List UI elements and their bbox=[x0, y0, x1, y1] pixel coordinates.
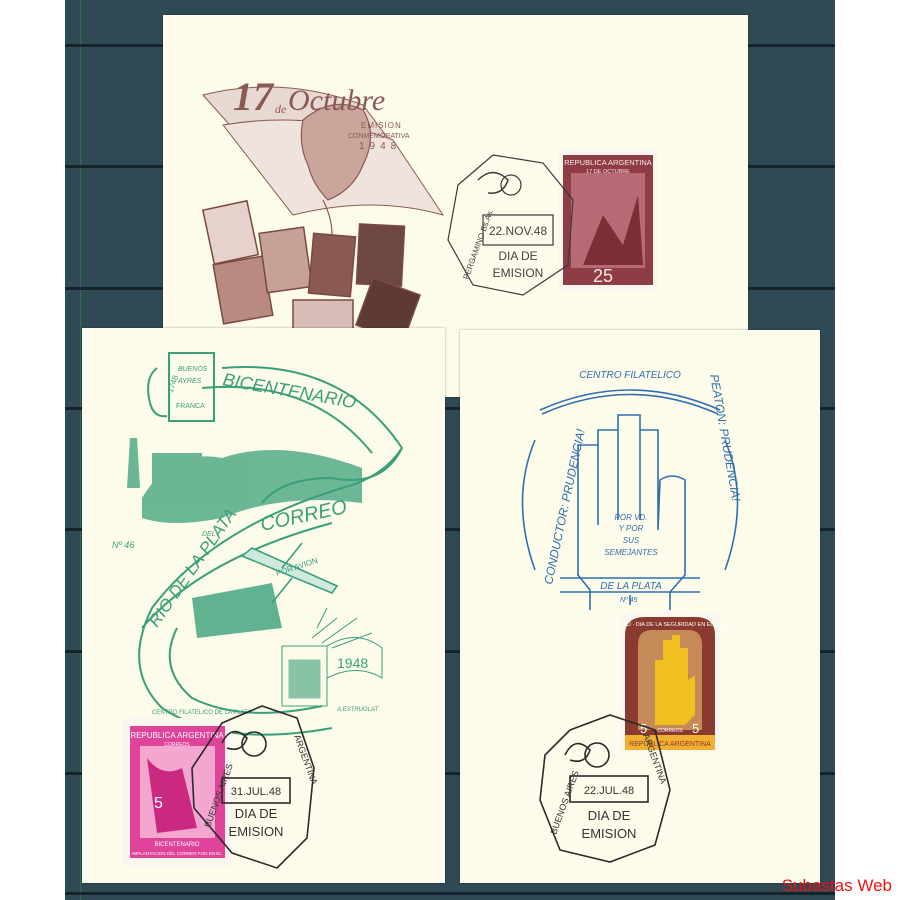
stamp-value: 5 bbox=[154, 795, 163, 812]
postmark-line-1: DIA DE bbox=[235, 806, 278, 821]
stamp-caption: 17 DE OCTUBRE bbox=[586, 169, 630, 175]
postmark-line-1: DIA DE bbox=[588, 808, 631, 823]
banner-bicentenario: BICENTENARIO bbox=[221, 369, 357, 412]
card-subtitle-1: EMISION bbox=[361, 121, 402, 130]
souvenir-card-bicentenario: 1748 BUENOS AYRES FRANCA BICENTENARIO DE… bbox=[82, 328, 445, 883]
card-subtitle-2: CONMEMORATIVA bbox=[348, 133, 410, 140]
seal-line-3: FRANCA bbox=[176, 403, 205, 410]
year-flag: 1948 bbox=[337, 655, 368, 671]
card-footer: DE LA PLATA bbox=[600, 581, 662, 592]
seal-line-1: BUENOS bbox=[178, 366, 208, 373]
right-arc-text: PEATON: PRUDENCIA! bbox=[707, 373, 743, 503]
postmark-line-2: EMISION bbox=[229, 824, 284, 839]
stamp-subtitle: CORREOS bbox=[657, 728, 683, 734]
stamp-country: REPUBLICA ARGENTINA bbox=[629, 741, 711, 748]
card-footer: CENTRO FILATELICO DE LA PLATA bbox=[152, 710, 251, 716]
stamp-value: 25 bbox=[593, 266, 613, 286]
stamp-5-centavos-seguridad: REPUBLICA ARGENTINA CORREOS 5 5 10 DE JU… bbox=[598, 612, 743, 752]
stamp-25-centavos: REPUBLICA ARGENTINA 17 DE OCTUBRE 25 bbox=[558, 150, 658, 290]
postmark-date: 22.JUL.48 bbox=[584, 785, 634, 797]
card-header: CENTRO FILATELICO bbox=[579, 370, 681, 381]
stamp-country: REPUBLICA ARGENTINA bbox=[130, 731, 224, 740]
seal-line-2: AYRES bbox=[177, 378, 202, 385]
postmark-date: 31.JUL.48 bbox=[231, 786, 281, 798]
postmark-line-1: DIA DE bbox=[498, 249, 537, 263]
page-guide-line bbox=[80, 0, 81, 900]
hand-text-3: SUS bbox=[623, 536, 640, 545]
souvenir-card-seguridad-transito: CENTRO FILATELICO CONDUCTOR: PRUDENCIA! … bbox=[460, 330, 820, 883]
stamp-country: REPUBLICA ARGENTINA bbox=[564, 158, 652, 167]
postmark-line-2: EMISION bbox=[493, 266, 544, 280]
card-subtitle-3: 1948 bbox=[359, 141, 401, 152]
stamp-arc-text: 10 DE JUNIO · DIA DE LA SEGURIDAD EN EL … bbox=[598, 622, 743, 628]
card-title-de: de bbox=[275, 102, 287, 116]
hand-text-4: SEMEJANTES bbox=[604, 548, 658, 557]
stamp-value-right: 5 bbox=[692, 721, 699, 736]
postmark-line-2: EMISION bbox=[582, 826, 637, 841]
card-illustration: 1748 BUENOS AYRES FRANCA BICENTENARIO DE… bbox=[82, 328, 445, 883]
postmark-date: 22.NOV.48 bbox=[489, 224, 548, 238]
stamp-side-text: IMPLANTACION DEL CORREO FIJO EN EL bbox=[132, 851, 222, 856]
card-illustration: CENTRO FILATELICO CONDUCTOR: PRUDENCIA! … bbox=[460, 330, 820, 883]
left-arc-text: CONDUCTOR: PRUDENCIA! bbox=[541, 427, 588, 586]
card-number: Nº 46 bbox=[112, 540, 134, 550]
stockbook-strip bbox=[65, 892, 835, 895]
postmark-place: PERGAMINO Bs.As. bbox=[461, 208, 495, 281]
hand-text-2: Y POR bbox=[619, 524, 644, 533]
card-number: Nº 45 bbox=[620, 597, 637, 604]
card-title-word: Octubre bbox=[288, 84, 385, 117]
card-title-number: 17 bbox=[233, 74, 275, 119]
watermark: Subastas Web bbox=[782, 876, 892, 896]
stamp-subtitle: CORREOS bbox=[164, 742, 190, 748]
postmark-place-right: ARGENTINA bbox=[292, 733, 319, 786]
designer-signature: A.ESTRUGLAT bbox=[336, 707, 380, 713]
hand-text-1: POR VD. bbox=[615, 513, 648, 522]
stamp-caption: BICENTENARIO bbox=[154, 842, 199, 848]
